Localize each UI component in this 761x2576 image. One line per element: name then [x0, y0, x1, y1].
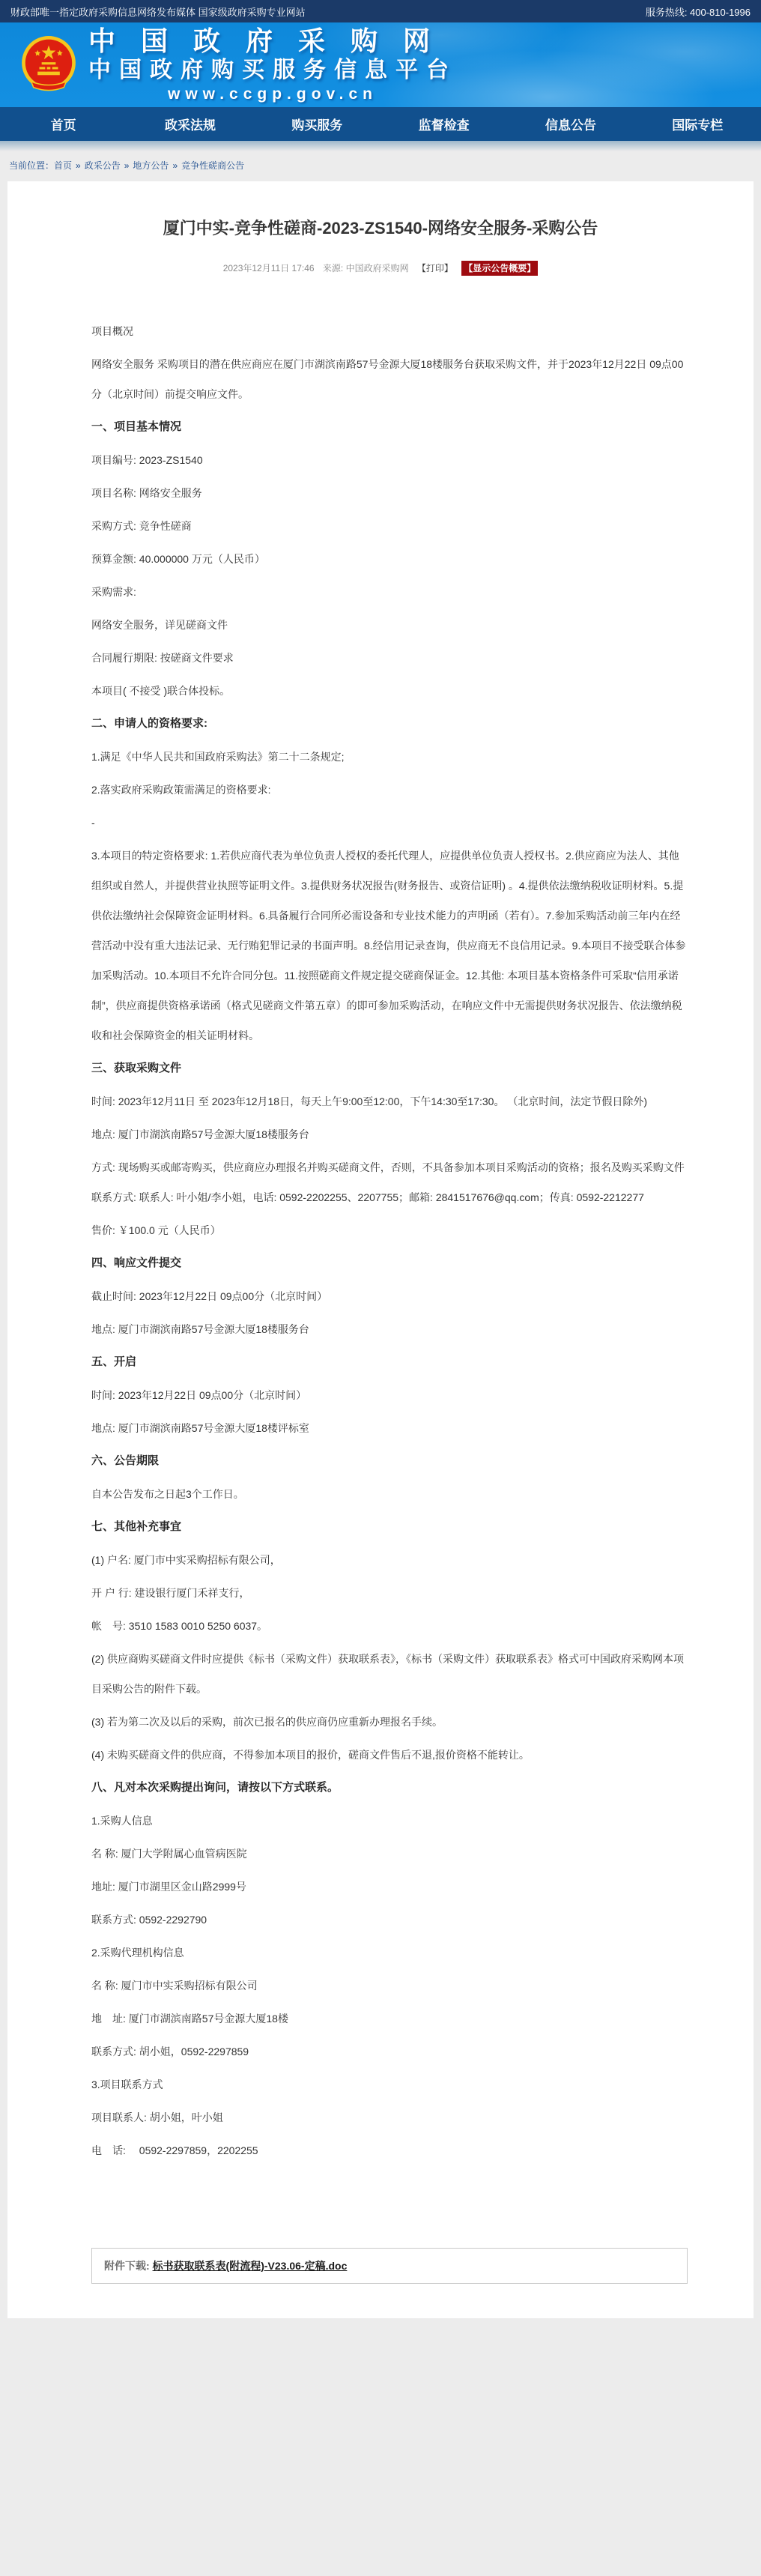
attachment-download-link[interactable]: 标书获取联系表(附流程)-V23.06-定稿.doc: [153, 2260, 348, 2272]
paragraph: 地址: 厦门市湖里区金山路2999号: [91, 1872, 688, 1902]
paragraph: 地 址: 厦门市湖滨南路57号金源大厦18楼: [91, 2004, 688, 2034]
breadcrumb-label: 当前位置：: [9, 160, 54, 171]
paragraph: 联系方式: 胡小姐，0592-2297859: [91, 2037, 688, 2066]
top-utility-bar: 财政部唯一指定政府采购信息网络发布媒体 国家级政府采购专业网站 服务热线: 40…: [0, 0, 761, 22]
print-button[interactable]: 【打印】: [417, 263, 453, 273]
site-subtitle: 中国政府购买服务信息平台: [88, 56, 457, 84]
paragraph: 项目联系人: 胡小姐，叶小姐: [91, 2102, 688, 2132]
section-heading: 五、开启: [91, 1347, 688, 1377]
attachment-label: 附件下载:: [104, 2260, 153, 2272]
article-source: 来源: 中国政府采购网: [323, 263, 409, 273]
site-brand: 中国政府采购网 中国政府购买服务信息平台 www.ccgp.gov.cn: [88, 26, 457, 104]
paragraph: 时间: 2023年12月11日 至 2023年12月18日，每天上午9:00至1…: [91, 1086, 688, 1116]
paragraph: 截止时间: 2023年12月22日 09点00分（北京时间）: [91, 1281, 688, 1311]
show-summary-button[interactable]: 【显示公告概要】: [461, 261, 538, 276]
national-emblem-icon: [19, 34, 78, 96]
paragraph: 网络安全服务，详见磋商文件: [91, 610, 688, 640]
breadcrumb-separator: »: [124, 160, 130, 171]
paragraph: 1.满足《中华人民共和国政府采购法》第二十二条规定;: [91, 742, 688, 772]
paragraph: 项目概况: [91, 316, 688, 346]
breadcrumb-item[interactable]: 首页: [54, 160, 72, 171]
section-heading: 一、项目基本情况: [91, 412, 688, 442]
paragraph: 项目名称: 网络安全服务: [91, 478, 688, 508]
site-name: 中国政府采购网: [88, 26, 457, 56]
site-slogan: 财政部唯一指定政府采购信息网络发布媒体 国家级政府采购专业网站: [10, 4, 306, 19]
section-heading: 七、其他补充事宜: [91, 1512, 688, 1542]
nav-item[interactable]: 购买服务: [254, 107, 380, 141]
paragraph: -: [91, 808, 688, 838]
paragraph: 自本公告发布之日起3个工作日。: [91, 1479, 688, 1509]
paragraph: 地点: 厦门市湖滨南路57号金源大厦18楼评标室: [91, 1413, 688, 1443]
paragraph: 方式: 现场购买或邮寄购买，供应商应办理报名并购买磋商文件，否则，不具备参加本项…: [91, 1152, 688, 1212]
paragraph: (1) 户名: 厦门市中实采购招标有限公司，: [91, 1545, 688, 1575]
paragraph: 采购方式: 竞争性磋商: [91, 511, 688, 541]
section-heading: 四、响应文件提交: [91, 1248, 688, 1278]
site-url: www.ccgp.gov.cn: [88, 84, 457, 104]
paragraph: 3.本项目的特定资格要求: 1.若供应商代表为单位负责人授权的委托代理人，应提供…: [91, 841, 688, 1050]
paragraph: 2.落实政府采购政策需满足的资格要求:: [91, 775, 688, 805]
article-meta: 2023年12月11日 17:46 来源: 中国政府采购网 【打印】 【显示公告…: [7, 261, 754, 274]
main-nav: 首页政采法规购买服务监督检查信息公告国际专栏: [0, 107, 761, 141]
nav-item[interactable]: 政采法规: [127, 107, 253, 141]
nav-item[interactable]: 国际专栏: [634, 107, 761, 141]
paragraph: 电 话: 0592-2297859，2202255: [91, 2135, 688, 2165]
paragraph: 1.采购人信息: [91, 1806, 688, 1836]
paragraph: 名 称: 厦门市中实采购招标有限公司: [91, 1971, 688, 2001]
section-heading: 六、公告期限: [91, 1446, 688, 1476]
paragraph: 联系方式: 0592-2292790: [91, 1905, 688, 1935]
paragraph: 项目编号: 2023-ZS1540: [91, 445, 688, 475]
paragraph: 合同履行期限: 按磋商文件要求: [91, 643, 688, 673]
article-body: 项目概况网络安全服务 采购项目的潜在供应商应在厦门市湖滨南路57号金源大厦18楼…: [91, 316, 688, 2165]
breadcrumb-item[interactable]: 地方公告: [133, 160, 169, 171]
site-header: 中国政府采购网 中国政府购买服务信息平台 www.ccgp.gov.cn: [0, 22, 761, 107]
paragraph: 3.项目联系方式: [91, 2069, 688, 2099]
nav-item[interactable]: 首页: [0, 107, 127, 141]
paragraph: 时间: 2023年12月22日 09点00分（北京时间）: [91, 1380, 688, 1410]
publish-datetime: 2023年12月11日 17:46: [223, 263, 315, 273]
paragraph: (4) 未购买磋商文件的供应商，不得参加本项目的报价，磋商文件售后不退,报价资格…: [91, 1740, 688, 1770]
paragraph: (3) 若为第二次及以后的采购，前次已报名的供应商仍应重新办理报名手续。: [91, 1707, 688, 1737]
nav-item[interactable]: 监督检查: [380, 107, 507, 141]
breadcrumb-item[interactable]: 政采公告: [85, 160, 121, 171]
paragraph: 开 户 行: 建设银行厦门禾祥支行，: [91, 1578, 688, 1608]
paragraph: 帐 号: 3510 1583 0010 5250 6037。: [91, 1611, 688, 1641]
section-heading: 二、申请人的资格要求:: [91, 709, 688, 739]
breadcrumb: 当前位置：首页»政采公告»地方公告»竞争性磋商公告: [0, 151, 761, 181]
paragraph: 网络安全服务 采购项目的潜在供应商应在厦门市湖滨南路57号金源大厦18楼服务台获…: [91, 349, 688, 409]
breadcrumb-items: 首页»政采公告»地方公告»竞争性磋商公告: [54, 160, 244, 171]
paragraph: 采购需求:: [91, 577, 688, 607]
breadcrumb-item: 竞争性磋商公告: [181, 160, 244, 171]
attachment-box: 附件下载: 标书获取联系表(附流程)-V23.06-定稿.doc: [91, 2248, 688, 2284]
paragraph: 预算金额: 40.000000 万元（人民币）: [91, 544, 688, 574]
paragraph: 售价: ￥100.0 元（人民币）: [91, 1215, 688, 1245]
paragraph: 地点: 厦门市湖滨南路57号金源大厦18楼服务台: [91, 1119, 688, 1149]
nav-item[interactable]: 信息公告: [507, 107, 634, 141]
breadcrumb-separator: »: [76, 160, 81, 171]
service-hotline: 服务热线: 400-810-1996: [646, 4, 751, 19]
paragraph: 名 称: 厦门大学附属心血管病医院: [91, 1839, 688, 1869]
paragraph: 2.采购代理机构信息: [91, 1938, 688, 1968]
paragraph: 本项目( 不接受 )联合体投标。: [91, 676, 688, 706]
section-heading: 三、获取采购文件: [91, 1053, 688, 1083]
paragraph: 地点: 厦门市湖滨南路57号金源大厦18楼服务台: [91, 1314, 688, 1344]
section-heading: 八、凡对本次采购提出询问，请按以下方式联系。: [91, 1773, 688, 1803]
page-title: 厦门中实-竞争性磋商-2023-ZS1540-网络安全服务-采购公告: [7, 216, 754, 239]
nav-shadow-strip: [0, 141, 761, 151]
breadcrumb-separator: »: [172, 160, 178, 171]
paragraph: (2) 供应商购买磋商文件时应提供《标书（采购文件）获取联系表》，《标书（采购文…: [91, 1644, 688, 1704]
announcement-card: 厦门中实-竞争性磋商-2023-ZS1540-网络安全服务-采购公告 2023年…: [7, 181, 754, 2318]
